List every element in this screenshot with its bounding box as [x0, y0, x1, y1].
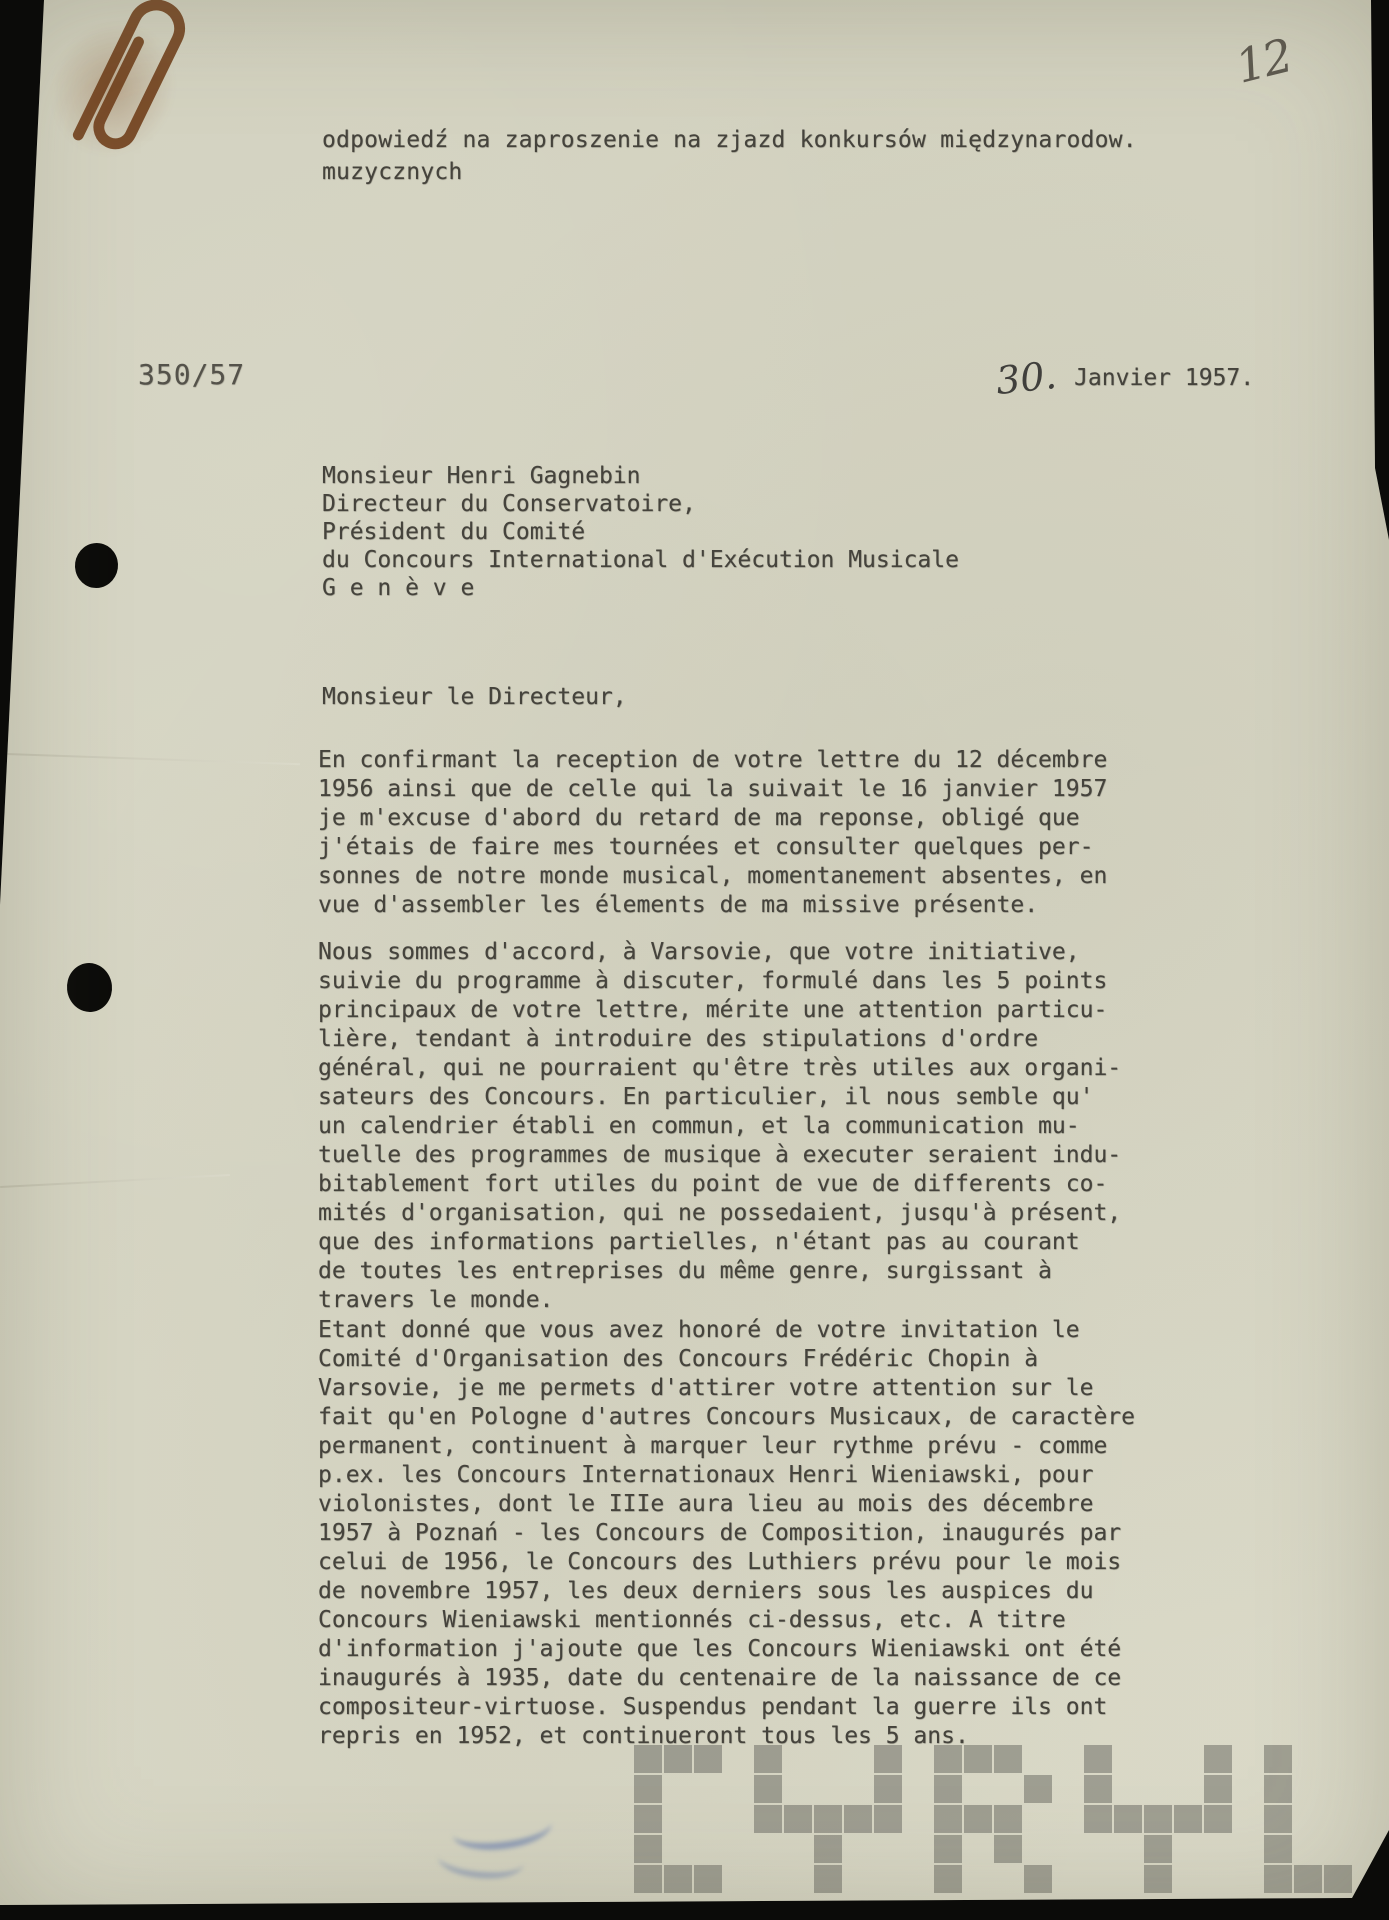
watermark-cell — [1144, 1805, 1172, 1833]
watermark-letter-L — [1263, 1744, 1353, 1894]
watermark-cell — [934, 1835, 962, 1863]
watermark-cell — [694, 1805, 722, 1833]
watermark-cell — [1144, 1745, 1172, 1773]
watermark-cell — [1114, 1775, 1142, 1803]
watermark-cell — [1084, 1805, 1112, 1833]
watermark-cell — [1324, 1805, 1352, 1833]
watermark-cell — [694, 1865, 722, 1893]
watermark-cell — [1024, 1835, 1052, 1863]
watermark-cell — [874, 1865, 902, 1893]
watermark-cell — [1204, 1805, 1232, 1833]
watermark-cell — [934, 1775, 962, 1803]
watermark-cell — [634, 1745, 662, 1773]
watermark-cell — [994, 1835, 1022, 1863]
watermark-cell — [634, 1775, 662, 1803]
watermark-cell — [1264, 1745, 1292, 1773]
watermark-cell — [754, 1865, 782, 1893]
watermark-letter-Y — [753, 1744, 903, 1894]
watermark-cell — [994, 1865, 1022, 1893]
watermark-cell — [964, 1835, 992, 1863]
paragraph-3: Etant donné que vous avez honoré de votr… — [318, 1316, 1135, 1751]
watermark-letter-C — [633, 1744, 723, 1894]
watermark-cell — [1294, 1805, 1322, 1833]
watermark-cell — [1174, 1865, 1202, 1893]
watermark-cell — [1174, 1775, 1202, 1803]
watermark-cell — [1174, 1835, 1202, 1863]
watermark-cell — [1174, 1745, 1202, 1773]
watermark-cell — [1264, 1775, 1292, 1803]
watermark-letter-Y — [1083, 1744, 1233, 1894]
watermark-cell — [874, 1805, 902, 1833]
watermark-cell — [1294, 1775, 1322, 1803]
watermark-cell — [1114, 1805, 1142, 1833]
watermark-cell — [1204, 1775, 1232, 1803]
recipient-block: Monsieur Henri Gagnebin Directeur du Con… — [322, 462, 959, 602]
watermark-cell — [814, 1745, 842, 1773]
paperclip-graphic — [5, 0, 254, 215]
watermark-cell — [964, 1775, 992, 1803]
hole-punch-bottom — [65, 961, 115, 1014]
paper-crease — [0, 753, 300, 765]
watermark-cell — [1294, 1835, 1322, 1863]
watermark-cell — [1204, 1835, 1232, 1863]
watermark-cell — [754, 1805, 782, 1833]
watermark-cell — [874, 1775, 902, 1803]
watermark-cell — [1084, 1865, 1112, 1893]
reference-number: 350/57 — [138, 358, 245, 391]
watermark-cell — [934, 1745, 962, 1773]
watermark-cell — [634, 1805, 662, 1833]
watermark-cell — [634, 1835, 662, 1863]
watermark-cell — [634, 1865, 662, 1893]
watermark-cell — [784, 1775, 812, 1803]
typed-annotation: odpowiedź na zaproszenie na zjazd konkur… — [322, 124, 1137, 188]
watermark-cell — [754, 1745, 782, 1773]
watermark-cell — [694, 1835, 722, 1863]
scanned-letter: odpowiedź na zaproszenie na zjazd konkur… — [0, 0, 1389, 1920]
watermark-cell — [964, 1745, 992, 1773]
watermark-cell — [1264, 1835, 1292, 1863]
watermark-cell — [664, 1775, 692, 1803]
watermark-cell — [1324, 1865, 1352, 1893]
watermark-cell — [844, 1865, 872, 1893]
paragraph-1: En confirmant la reception de votre lett… — [318, 746, 1107, 920]
watermark-cell — [784, 1805, 812, 1833]
watermark-cell — [994, 1805, 1022, 1833]
watermark-cell — [1324, 1775, 1352, 1803]
watermark-cell — [1174, 1805, 1202, 1833]
watermark-letter-R — [933, 1744, 1053, 1894]
watermark-cell — [1084, 1775, 1112, 1803]
watermark-cell — [934, 1865, 962, 1893]
annotation-line-1: odpowiedź na zaproszenie na zjazd konkur… — [322, 124, 1137, 156]
handwritten-page-number: 12 — [1230, 28, 1296, 94]
paragraph-2: Nous sommes d'accord, à Varsovie, que vo… — [318, 938, 1121, 1315]
watermark-cell — [1114, 1745, 1142, 1773]
watermark-cell — [1024, 1805, 1052, 1833]
watermark-cell — [814, 1805, 842, 1833]
watermark-cell — [994, 1745, 1022, 1773]
annotation-line-2: muzycznych — [322, 156, 1137, 188]
watermark-cell — [754, 1835, 782, 1863]
watermark-cell — [844, 1775, 872, 1803]
watermark-cell — [694, 1775, 722, 1803]
cyryl-watermark — [633, 1744, 1353, 1894]
salutation: Monsieur le Directeur, — [322, 684, 627, 710]
watermark-cell — [1144, 1775, 1172, 1803]
watermark-cell — [1024, 1745, 1052, 1773]
watermark-cell — [754, 1775, 782, 1803]
watermark-cell — [1114, 1865, 1142, 1893]
watermark-cell — [664, 1835, 692, 1863]
watermark-cell — [1294, 1745, 1322, 1773]
watermark-cell — [814, 1865, 842, 1893]
watermark-cell — [1114, 1835, 1142, 1863]
paper-crease — [0, 1174, 230, 1188]
watermark-cell — [1264, 1865, 1292, 1893]
watermark-cell — [814, 1835, 842, 1863]
watermark-cell — [1294, 1865, 1322, 1893]
watermark-cell — [1024, 1865, 1052, 1893]
watermark-cell — [784, 1865, 812, 1893]
watermark-cell — [1324, 1745, 1352, 1773]
watermark-cell — [1324, 1835, 1352, 1863]
watermark-cell — [994, 1775, 1022, 1803]
watermark-cell — [874, 1835, 902, 1863]
watermark-cell — [874, 1745, 902, 1773]
watermark-cell — [664, 1805, 692, 1833]
letter-page: odpowiedź na zaproszenie na zjazd konkur… — [0, 0, 1389, 1920]
watermark-cell — [784, 1745, 812, 1773]
hole-punch-top — [72, 540, 121, 591]
watermark-cell — [1204, 1745, 1232, 1773]
watermark-cell — [1144, 1835, 1172, 1863]
watermark-cell — [664, 1745, 692, 1773]
watermark-cell — [1144, 1865, 1172, 1893]
watermark-cell — [844, 1745, 872, 1773]
watermark-cell — [694, 1745, 722, 1773]
watermark-cell — [1264, 1805, 1292, 1833]
date-line: 30. Janvier 1957. — [996, 356, 1254, 400]
watermark-cell — [814, 1775, 842, 1803]
watermark-cell — [664, 1865, 692, 1893]
watermark-cell — [964, 1865, 992, 1893]
watermark-cell — [964, 1805, 992, 1833]
watermark-cell — [934, 1805, 962, 1833]
watermark-cell — [1204, 1865, 1232, 1893]
watermark-cell — [1084, 1745, 1112, 1773]
paperclip-icon — [5, 0, 254, 215]
watermark-cell — [784, 1835, 812, 1863]
typed-date: Janvier 1957. — [1074, 365, 1254, 391]
watermark-cell — [1084, 1835, 1112, 1863]
handwritten-day: 30. — [994, 353, 1059, 403]
watermark-cell — [1024, 1775, 1052, 1803]
watermark-cell — [844, 1805, 872, 1833]
watermark-cell — [844, 1835, 872, 1863]
